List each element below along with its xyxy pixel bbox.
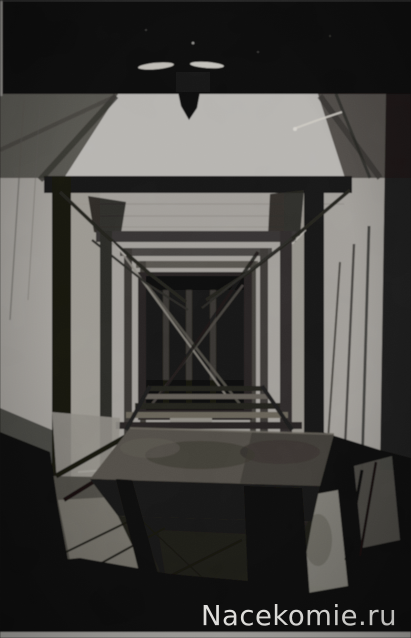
photo-frame: Nacekomie.ru xyxy=(0,0,411,638)
airship-girder-corridor-photo: Nacekomie.ru xyxy=(0,0,411,638)
watermark-text: Nacekomie.ru xyxy=(201,600,397,632)
print-blotch-overlay xyxy=(0,0,411,638)
